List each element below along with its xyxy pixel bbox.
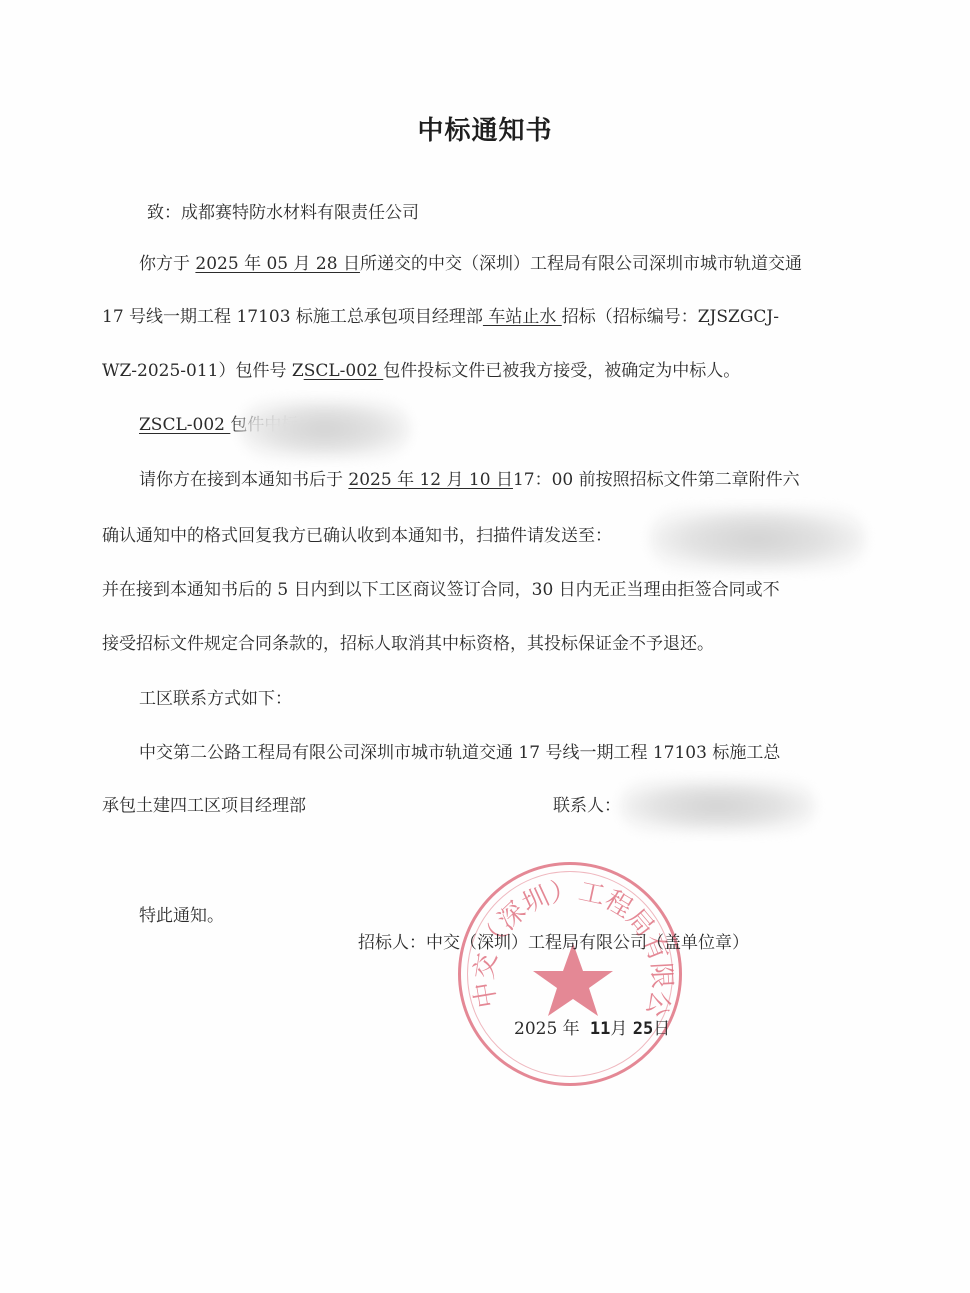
issue-date-year: 2025 年 — [514, 1019, 580, 1039]
paragraph1-line2: 17 号线一期工程 17103 标施工总承包项目经理部 车站止水 招标（招标编号… — [102, 305, 779, 329]
package-number: SCL-002 — [304, 361, 384, 381]
issue-date-month-label: 月 — [610, 1019, 632, 1039]
salutation: 致：成都赛特防水材料有限责任公司 — [147, 201, 419, 225]
p1-line1-prefix: 你方于 — [139, 254, 190, 274]
seal-star-icon: 中交（深圳）工程局有限公司 — [461, 865, 685, 1089]
p1-line2-suffix: 招标（招标编号：ZJSZGCJ- — [562, 307, 779, 327]
salutation-prefix: 致： — [147, 203, 181, 223]
p3-line1-prefix: 请你方在接到本通知书后于 — [139, 470, 343, 490]
tender-item: 车站止水 — [483, 307, 562, 327]
redacted-contact-person — [620, 780, 815, 832]
issuer-signature: 招标人：中交（深圳）工程局有限公司（盖单位章） — [358, 931, 749, 955]
official-seal: 中交（深圳）工程局有限公司 — [458, 862, 682, 1086]
paragraph3-line4: 接受招标文件规定合同条款的，招标人取消其中标资格，其投标保证金不予退还。 — [102, 632, 714, 656]
contact-line2: 承包土建四工区项目经理部 — [102, 794, 306, 818]
p3-line2-text: 确认通知中的格式回复我方已确认收到本通知书，扫描件请发送至： — [102, 526, 612, 546]
redacted-email — [650, 508, 865, 570]
p1-line1-suffix: 所递交的中交（深圳）工程局有限公司深圳市城市轨道交通 — [360, 254, 802, 274]
recipient-name: 成都赛特防水材料有限责任公司 — [181, 203, 419, 223]
p1-line3-suffix: 包件投标文件已被我方接受，被确定为中标人。 — [383, 361, 740, 381]
issue-date-month: 11 — [580, 1019, 611, 1039]
paragraph1-line3: WZ-2025-011）包件号 ZSCL-002 包件投标文件已被我方接受，被确… — [102, 359, 740, 383]
contact-line1: 中交第二公路工程局有限公司深圳市城市轨道交通 17 号线一期工程 17103 标… — [139, 741, 780, 765]
document-title: 中标通知书 — [0, 110, 970, 147]
reply-deadline-date: 2025 年 12 月 10 日 — [348, 470, 513, 490]
submission-date: 2025 年 05 月 28 日 — [195, 254, 360, 274]
package-number-2: ZSCL-002 — [139, 415, 230, 435]
paragraph3-line2: 确认通知中的格式回复我方已确认收到本通知书，扫描件请发送至： — [102, 524, 612, 548]
issue-date-day-label: 日 — [653, 1019, 670, 1039]
notice-page: 中标通知书 致：成都赛特防水材料有限责任公司 你方于 2025 年 05 月 2… — [0, 0, 970, 1293]
issue-date: 2025 年 11月 25日 — [514, 1017, 670, 1041]
closing-text: 特此通知。 — [139, 904, 224, 928]
paragraph1-line1: 你方于 2025 年 05 月 28 日所递交的中交（深圳）工程局有限公司深圳市… — [139, 252, 802, 276]
p3-line1-suffix: 17：00 前按照招标文件第二章附件六 — [513, 470, 800, 490]
p1-line3-prefix: WZ-2025-011）包件号 Z — [102, 361, 304, 381]
issue-date-day: 25 — [633, 1019, 653, 1039]
redacted-bid-amount — [240, 400, 410, 458]
paragraph3-line1: 请你方在接到本通知书后于 2025 年 12 月 10 日17：00 前按照招标… — [139, 468, 800, 492]
p1-line2-prefix: 17 号线一期工程 17103 标施工总承包项目经理部 — [102, 307, 483, 327]
contact-person-label: 联系人： — [553, 794, 621, 818]
paragraph3-line3: 并在接到本通知书后的 5 日内到以下工区商议签订合同，30 日内无正当理由拒签合… — [102, 578, 780, 602]
contact-heading: 工区联系方式如下： — [139, 687, 292, 711]
